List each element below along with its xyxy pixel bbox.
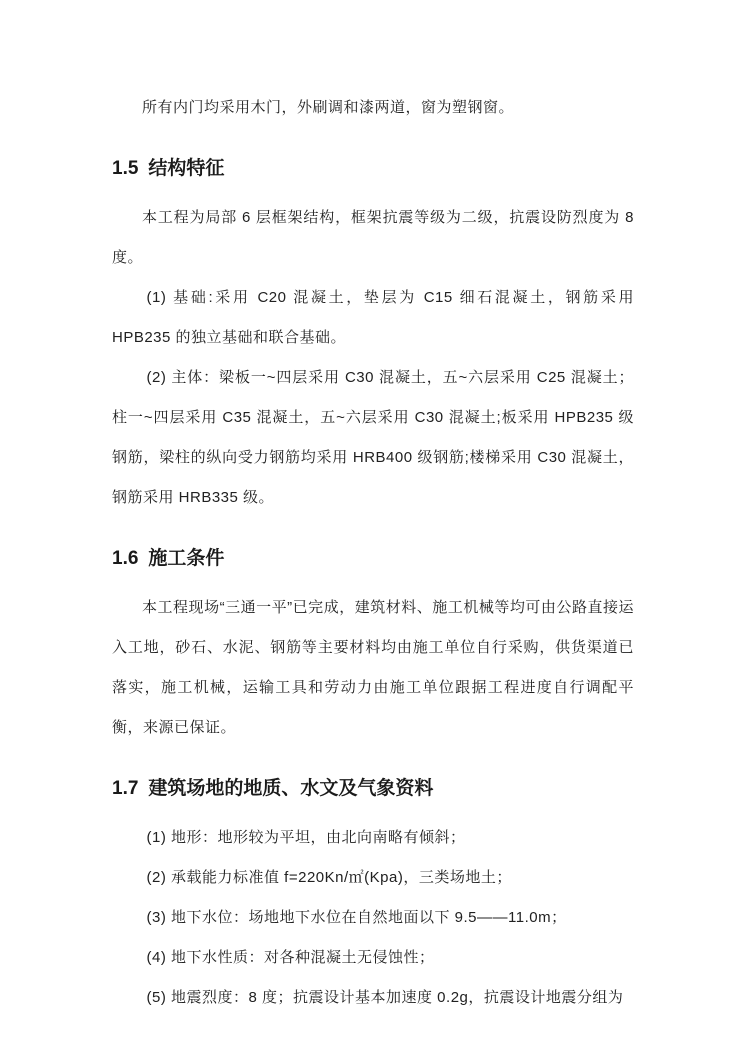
body-paragraph: 本工程为局部 6 层框架结构，框架抗震等级为二级，抗震设防烈度为 8 度。 — [112, 198, 634, 278]
section-title: 施工条件 — [148, 548, 224, 569]
list-item: (4) 地下水性质：对各种混凝土无侵蚀性； — [112, 938, 634, 978]
section-title: 建筑场地的地质、水文及气象资料 — [148, 778, 433, 799]
section-title: 结构特征 — [148, 158, 224, 179]
numbered-list: (1) 地形：地形较为平坦，由北向南略有倾斜； (2) 承载能力标准值 f=22… — [112, 818, 634, 1018]
list-item: (2) 承载能力标准值 f=220Kn/㎡(Kpa)，三类场地土； — [112, 858, 634, 898]
section-heading-structure: 1.5结构特征 — [112, 156, 634, 182]
intro-paragraph: 所有内门均采用木门，外刷调和漆两道，窗为塑钢窗。 — [112, 88, 634, 128]
list-item: (5) 地震烈度：8 度；抗震设计基本加速度 0.2g，抗震设计地震分组为 — [112, 978, 634, 1018]
body-paragraph: (1) 基础:采用 C20 混凝土，垫层为 C15 细石混凝土，钢筋采用 HPB… — [112, 278, 634, 358]
document-page: 所有内门均采用木门，外刷调和漆两道，窗为塑钢窗。 1.5结构特征 本工程为局部 … — [0, 0, 744, 1052]
section-heading-site-geology: 1.7建筑场地的地质、水文及气象资料 — [112, 776, 634, 802]
section-number: 1.5 — [112, 156, 138, 182]
section-number: 1.7 — [112, 776, 138, 802]
section-number: 1.6 — [112, 546, 138, 572]
section-heading-construction-conditions: 1.6施工条件 — [112, 546, 634, 572]
body-paragraph: 本工程现场“三通一平”已完成，建筑材料、施工机械等均可由公路直接运入工地，砂石、… — [112, 588, 634, 748]
list-item: (1) 地形：地形较为平坦，由北向南略有倾斜； — [112, 818, 634, 858]
body-paragraph: (2) 主体：梁板一~四层采用 C30 混凝土，五~六层采用 C25 混凝土；柱… — [112, 358, 634, 518]
list-item: (3) 地下水位：场地地下水位在自然地面以下 9.5——11.0m； — [112, 898, 634, 938]
